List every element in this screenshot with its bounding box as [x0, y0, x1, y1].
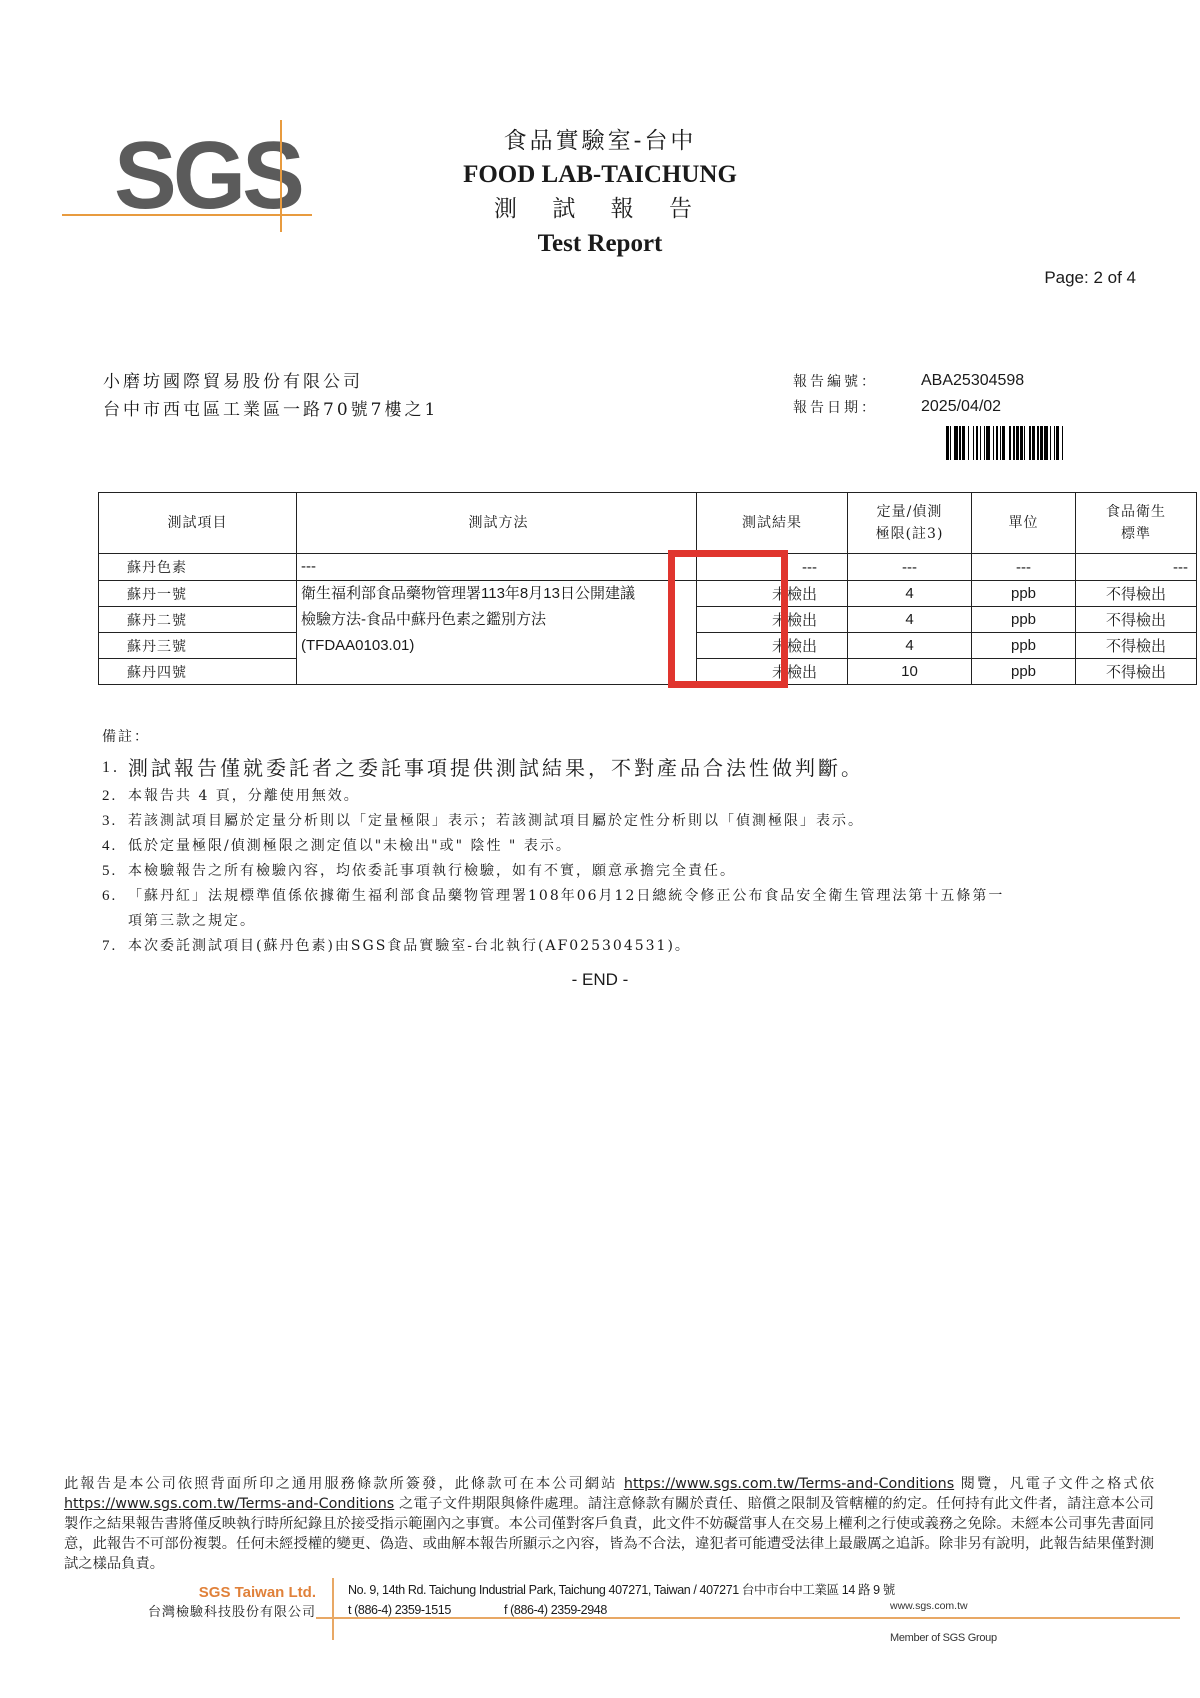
report-number-label: 報告編號： — [793, 371, 921, 391]
lab-name-en: FOOD LAB-TAICHUNG — [400, 158, 800, 192]
note-item: 1. 測試報告僅就委託者之委託事項提供測試結果，不對產品合法性做判斷。 — [102, 752, 1122, 784]
footer-company: SGS Taiwan Ltd. 台灣檢驗科技股份有限公司 — [100, 1583, 316, 1623]
cell-unit: ppb — [972, 659, 1076, 685]
footer-company-zh: 台灣檢驗科技股份有限公司 — [100, 1603, 316, 1623]
report-number: ABA25304598 — [921, 372, 1024, 390]
results-table: 測試項目 測試方法 測試結果 定量/偵測極限(註3) 單位 食品衛生標準 蘇丹色… — [98, 492, 1197, 685]
header-method: 測試方法 — [297, 493, 697, 554]
footer-contact: No. 9, 14th Rd. Taichung Industrial Park… — [348, 1580, 895, 1620]
cell-item: 蘇丹二號 — [99, 607, 297, 633]
barcode — [946, 426, 1104, 460]
note-item: 6. 「蘇丹紅」法規標準值係依據衛生福利部食品藥物管理署108年06月12日總統… — [102, 884, 1122, 934]
note-number: 3. — [102, 809, 128, 834]
header-item: 測試項目 — [99, 493, 297, 554]
cell-result: 未檢出 — [697, 581, 848, 607]
report-title-zh: 測 試 報 告 — [400, 192, 800, 226]
note-text: 低於定量極限/偵測極限之測定值以"未檢出"或" 陰性 " 表示。 — [128, 834, 1122, 859]
cell-item: 蘇丹一號 — [99, 581, 297, 607]
client-name: 小磨坊國際貿易股份有限公司 — [103, 368, 438, 396]
cell-limit: --- — [848, 554, 972, 581]
note-text: 若該測試項目屬於定量分析則以「定量極限」表示；若該測試項目屬於定性分析則以「偵測… — [128, 809, 1122, 834]
client-info: 小磨坊國際貿易股份有限公司 台中市西屯區工業區一路70號7樓之1 — [103, 368, 438, 424]
cell-item: 蘇丹四號 — [99, 659, 297, 685]
cell-item: 蘇丹三號 — [99, 633, 297, 659]
lab-name-zh: 食品實驗室-台中 — [400, 124, 800, 158]
note-number: 1. — [102, 752, 128, 784]
cell-method: --- — [297, 554, 697, 581]
report-meta: 報告編號： ABA25304598 報告日期： 2025/04/02 — [793, 368, 1024, 420]
client-address: 台中市西屯區工業區一路70號7樓之1 — [103, 396, 438, 424]
method-line: 衛生福利部食品藥物管理署113年8月13日公開建議 — [301, 581, 696, 607]
note-number: 7. — [102, 934, 128, 959]
note-number: 6. — [102, 884, 128, 934]
terms-link[interactable]: https://www.sgs.com.tw/Terms-and-Conditi… — [64, 1496, 394, 1512]
cell-result: --- — [697, 554, 848, 581]
cell-standard: 不得檢出 — [1076, 659, 1197, 685]
cell-standard: 不得檢出 — [1076, 581, 1197, 607]
disclaimer: 此報告是本公司依照背面所印之通用服務條款所簽發，此條款可在本公司網站 https… — [64, 1474, 1154, 1574]
sgs-logo: SGS — [62, 120, 314, 232]
cell-standard: --- — [1076, 554, 1197, 581]
report-date-label: 報告日期： — [793, 397, 921, 417]
page-number: Page: 2 of 4 — [1044, 268, 1136, 288]
footer-company-en: SGS Taiwan Ltd. — [100, 1583, 316, 1603]
end-marker: - END - — [0, 970, 1200, 990]
note-item: 5. 本檢驗報告之所有檢驗內容，均依委託事項執行檢驗，如有不實，願意承擔完全責任… — [102, 859, 1122, 884]
report-header: 食品實驗室-台中 FOOD LAB-TAICHUNG 測 試 報 告 Test … — [400, 124, 800, 262]
note-text: 「蘇丹紅」法規標準值係依據衛生福利部食品藥物管理署108年06月12日總統令修正… — [128, 884, 1122, 934]
table-header-row: 測試項目 測試方法 測試結果 定量/偵測極限(註3) 單位 食品衛生標準 — [99, 493, 1197, 554]
note-number: 5. — [102, 859, 128, 884]
note-text: 本檢驗報告之所有檢驗內容，均依委託事項執行檢驗，如有不實，願意承擔完全責任。 — [128, 859, 1122, 884]
note-item: 3. 若該測試項目屬於定量分析則以「定量極限」表示；若該測試項目屬於定性分析則以… — [102, 809, 1122, 834]
cell-unit: ppb — [972, 607, 1076, 633]
note-number: 4. — [102, 834, 128, 859]
note-text: 本報告共 4 頁，分離使用無效。 — [128, 784, 1122, 809]
cell-limit: 4 — [848, 633, 972, 659]
note-item: 4. 低於定量極限/偵測極限之測定值以"未檢出"或" 陰性 " 表示。 — [102, 834, 1122, 859]
cell-item: 蘇丹色素 — [99, 554, 297, 581]
disclaimer-text: 閱覽，凡電子文件之格式依 — [954, 1476, 1154, 1492]
footer-fax: f (886-4) 2359-2948 — [504, 1603, 607, 1617]
cell-unit: ppb — [972, 581, 1076, 607]
cell-standard: 不得檢出 — [1076, 633, 1197, 659]
report-date: 2025/04/02 — [921, 398, 1001, 416]
note-item: 2. 本報告共 4 頁，分離使用無效。 — [102, 784, 1122, 809]
cell-result: 未檢出 — [697, 607, 848, 633]
footer-website: www.sgs.com.tw — [890, 1600, 968, 1612]
cell-result: 未檢出 — [697, 633, 848, 659]
header-standard-text: 食品衛生標準 — [1101, 501, 1171, 545]
report-title-en: Test Report — [400, 226, 800, 262]
logo-vertical-line — [280, 120, 282, 232]
header-unit: 單位 — [972, 493, 1076, 554]
table-row: 蘇丹色素 --- --- --- --- --- — [99, 554, 1197, 581]
notes-section: 備註： 1. 測試報告僅就委託者之委託事項提供測試結果，不對產品合法性做判斷。 … — [102, 726, 1122, 959]
cell-unit: ppb — [972, 633, 1076, 659]
cell-limit: 4 — [848, 581, 972, 607]
method-line: (TFDAA0103.01) — [301, 633, 696, 659]
note-number: 2. — [102, 784, 128, 809]
cell-limit: 10 — [848, 659, 972, 685]
footer-vertical-line — [332, 1578, 334, 1640]
notes-title: 備註： — [102, 726, 1122, 746]
method-line: 檢驗方法-食品中蘇丹色素之鑑別方法 — [301, 607, 696, 633]
footer-address: No. 9, 14th Rd. Taichung Industrial Park… — [348, 1580, 895, 1600]
header-result: 測試結果 — [697, 493, 848, 554]
cell-limit: 4 — [848, 607, 972, 633]
note-text: 測試報告僅就委託者之委託事項提供測試結果，不對產品合法性做判斷。 — [128, 752, 1122, 784]
cell-method: 衛生福利部食品藥物管理署113年8月13日公開建議 檢驗方法-食品中蘇丹色素之鑑… — [297, 581, 697, 685]
logo-horizontal-line — [62, 214, 312, 216]
note-text: 本次委託測試項目(蘇丹色素)由SGS食品實驗室-台北執行(AF025304531… — [128, 934, 1122, 959]
cell-standard: 不得檢出 — [1076, 607, 1197, 633]
terms-link[interactable]: https://www.sgs.com.tw/Terms-and-Conditi… — [624, 1476, 954, 1492]
disclaimer-text: 此報告是本公司依照背面所印之通用服務條款所簽發，此條款可在本公司網站 — [64, 1476, 624, 1492]
header-standard: 食品衛生標準 — [1076, 493, 1197, 554]
header-limit-text: 定量/偵測極限(註3) — [870, 501, 950, 545]
table-row: 蘇丹一號 衛生福利部食品藥物管理署113年8月13日公開建議 檢驗方法-食品中蘇… — [99, 581, 1197, 607]
footer-member: Member of SGS Group — [890, 1632, 997, 1644]
note-item: 7. 本次委託測試項目(蘇丹色素)由SGS食品實驗室-台北執行(AF025304… — [102, 934, 1122, 959]
cell-result: 未檢出 — [697, 659, 848, 685]
cell-unit: --- — [972, 554, 1076, 581]
header-limit: 定量/偵測極限(註3) — [848, 493, 972, 554]
footer-tel: t (886-4) 2359-1515 — [348, 1600, 504, 1620]
